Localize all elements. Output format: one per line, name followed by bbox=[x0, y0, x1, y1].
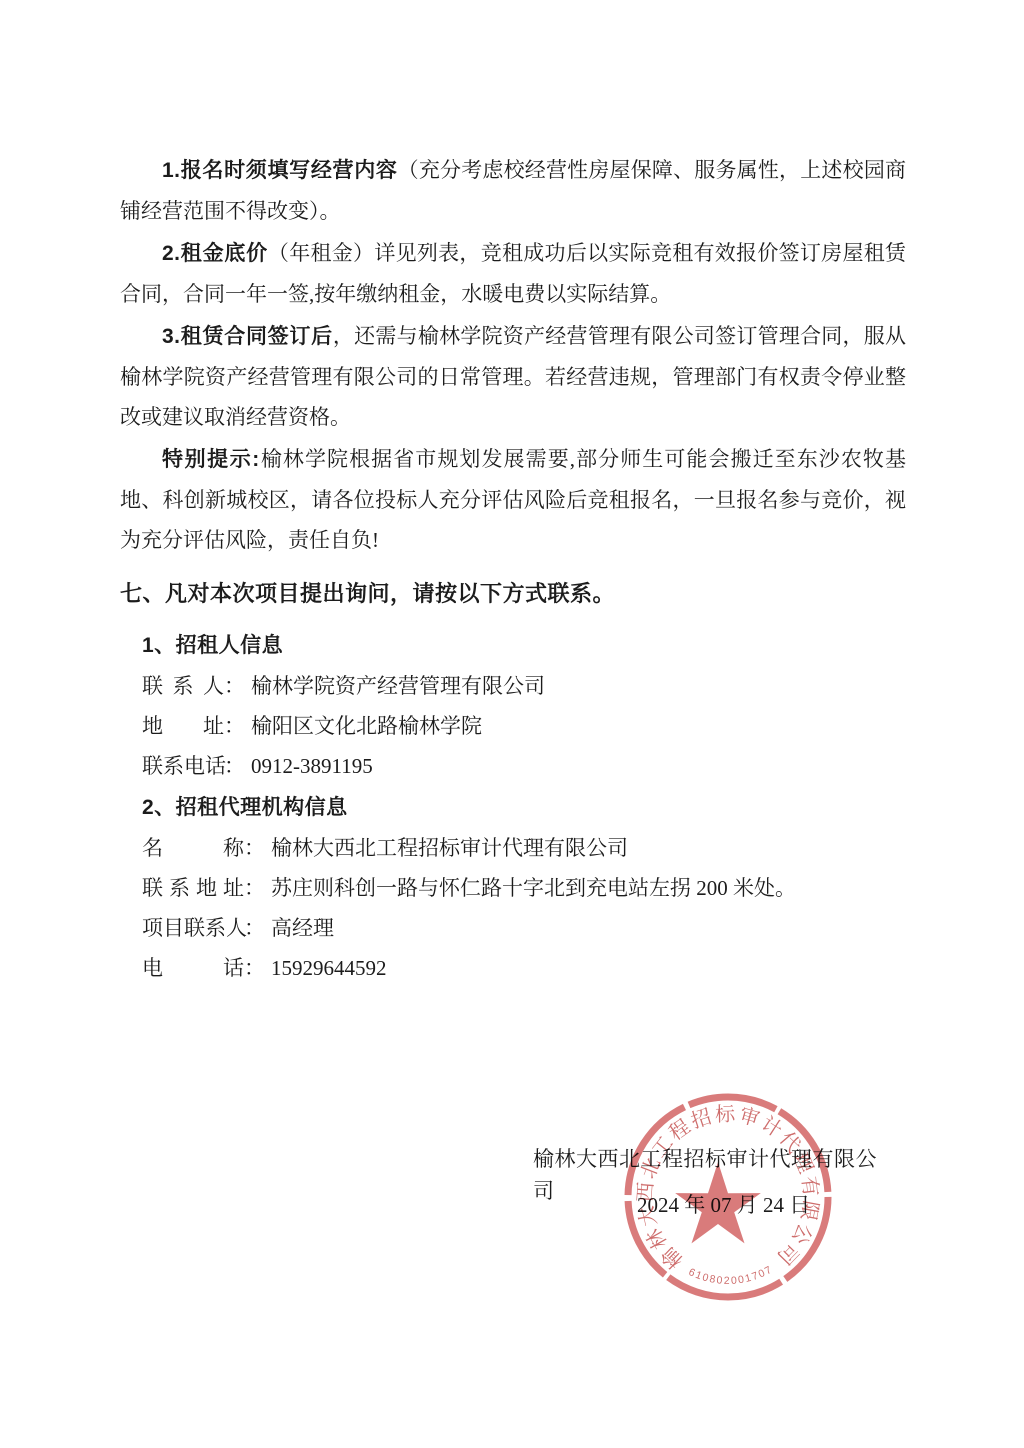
body-paragraph: 3.租赁合同签订后，还需与榆林学院资产经营管理有限公司签订管理合同，服从榆林学院… bbox=[120, 316, 906, 437]
contact-value: 榆阳区文化北路榆林学院 bbox=[245, 714, 482, 738]
body-paragraph: 1.报名时须填写经营内容（充分考虑校经营性房屋保障、服务属性，上述校园商铺经营范… bbox=[120, 150, 906, 231]
paragraph-bold-lead: 3.租赁合同签订后 bbox=[162, 325, 333, 348]
contact-row: 地址：榆阳区文化北路榆林学院 bbox=[120, 706, 906, 746]
contact-colon: ： bbox=[244, 828, 265, 868]
paragraph-bold-lead: 特别提示: bbox=[162, 448, 260, 471]
contact-label: 项目联系人 bbox=[142, 908, 244, 948]
paragraph-bold-lead: 1.报名时须填写经营内容 bbox=[162, 159, 398, 182]
contact-colon: ： bbox=[224, 706, 245, 746]
contact-label: 地址 bbox=[142, 706, 224, 746]
contact-colon: ： bbox=[224, 746, 245, 786]
subsection-heading-landlord: 1、招租人信息 bbox=[120, 626, 906, 666]
contact-label: 联系电话 bbox=[142, 746, 224, 786]
contact-label: 联系地址 bbox=[142, 868, 244, 908]
subsection-heading-agency: 2、招租代理机构信息 bbox=[120, 788, 906, 828]
contact-label: 联系人 bbox=[142, 666, 224, 706]
signature-date: 2024 年 07 月 24 日 bbox=[637, 1189, 810, 1221]
body-paragraph: 2.租金底价（年租金）详见列表，竞租成功后以实际竞租有效报价签订房屋租赁合同，合… bbox=[120, 233, 906, 314]
contact-row: 联系地址：苏庄则科创一路与怀仁路十字北到充电站左拐 200 米处。 bbox=[120, 868, 906, 908]
contact-value: 榆林学院资产经营管理有限公司 bbox=[245, 674, 545, 698]
paragraph-bold-lead: 2.租金底价 bbox=[162, 242, 268, 265]
contact-row: 电话：15929644592 bbox=[120, 948, 906, 988]
contact-colon: ： bbox=[244, 908, 265, 948]
document-body: 1.报名时须填写经营内容（充分考虑校经营性房屋保障、服务属性，上述校园商铺经营范… bbox=[120, 150, 906, 988]
contact-colon: ： bbox=[224, 666, 245, 706]
contact-colon: ： bbox=[244, 948, 265, 988]
contact-row: 名称：榆林大西北工程招标审计代理有限公司 bbox=[120, 828, 906, 868]
section-heading: 七、凡对本次项目提出询问，请按以下方式联系。 bbox=[120, 574, 906, 614]
document-page: 1.报名时须填写经营内容（充分考虑校经营性房屋保障、服务属性，上述校园商铺经营范… bbox=[0, 0, 1024, 1448]
contact-value: 0912-3891195 bbox=[245, 754, 373, 778]
contact-value: 高经理 bbox=[265, 916, 334, 940]
body-paragraph: 特别提示:榆林学院根据省市规划发展需要,部分师生可能会搬迁至东沙农牧基地、科创新… bbox=[120, 439, 906, 560]
contact-colon: ： bbox=[244, 868, 265, 908]
contact-value: 苏庄则科创一路与怀仁路十字北到充电站左拐 200 米处。 bbox=[265, 876, 796, 900]
contact-label: 名称 bbox=[142, 828, 244, 868]
contact-value: 15929644592 bbox=[265, 956, 387, 980]
contact-row: 联系人：榆林学院资产经营管理有限公司 bbox=[120, 666, 906, 706]
contact-label: 电话 bbox=[142, 948, 244, 988]
contact-row: 项目联系人：高经理 bbox=[120, 908, 906, 948]
contact-value: 榆林大西北工程招标审计代理有限公司 bbox=[265, 836, 628, 860]
contact-row: 联系电话：0912-3891195 bbox=[120, 746, 906, 786]
